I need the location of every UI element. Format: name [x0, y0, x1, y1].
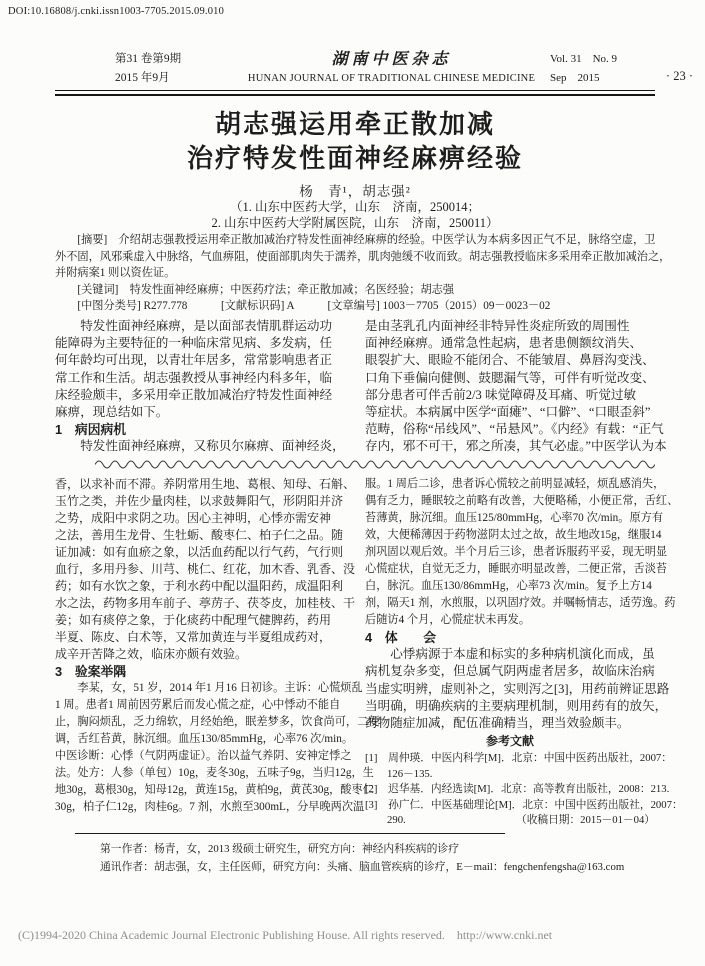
journal-name-cn: 湖南中医杂志	[233, 50, 550, 69]
text-line: 等症状。本病属中医学“面瘫”、“口僻”、“口眼歪斜”	[365, 404, 655, 421]
right-column-top: 是由茎乳孔内面神经非特异性炎症所致的周围性面神经麻痹。通常急性起病，患者患侧额纹…	[365, 318, 655, 456]
text-line: 面神经麻痹。通常急性起病，患者患侧额纹消失、	[365, 335, 655, 352]
footnote-separator-rule	[75, 833, 505, 834]
text-line: 290.（收稿日期：2015－01－04）	[365, 813, 655, 829]
affiliation-line1: （1. 山东中医药大学，山东 济南，250014；	[55, 199, 655, 215]
text-line: 床经验颇丰，多采用牵正散加减治疗特发性面神经	[55, 387, 345, 404]
doi-text: DOI:10.16808/j.cnki.issn1003-7705.2015.0…	[8, 6, 224, 17]
volume-number-en: Vol. 31 No. 9	[550, 50, 655, 69]
text-line: 心悸病源于本虚和标实的多种病机演化而成，虽	[365, 646, 655, 663]
text-line: 中医诊断：心悸（气阴两虚证）。治以益气养阴、安神定悸之	[55, 748, 345, 765]
text-line: 存内，邪不可干，邪之所凑，其气必虚。”中医学认为本	[365, 438, 655, 455]
text-line: [关键词] 特发性面神经麻痹；中医药疗法；牵正散加减；名医经验；胡志强	[55, 282, 655, 299]
issue-number-cn: 第31 卷第9期	[115, 50, 233, 69]
text-line: 眼裂扩大、眼睑不能闭合、不能皱眉、鼻唇沟变浅、	[365, 352, 655, 369]
text-line: 病机复杂多变，但总属气阴两虚者居多，故临床治病	[365, 663, 655, 680]
journal-header-left: 第31 卷第9期 2015 年9月	[115, 50, 233, 88]
body-columns-bottom: 香，以求补而不滞。养阴常用生地、葛根、知母、石斛、玉竹之类，并佐少量肉桂，以求鼓…	[55, 476, 655, 829]
journal-header-center: 湖南中医杂志 HUNAN JOURNAL OF TRADITIONAL CHIN…	[233, 50, 550, 88]
text-line: 后随访4 个月，心慌症状未再发。	[365, 612, 655, 629]
abstract-block: [摘要] 介绍胡志强教授运用牵正散加减治疗特发性面神经麻痹的经验。中医学认为本病…	[55, 232, 655, 315]
text-line: 是由茎乳孔内面神经非特异性炎症所致的周围性	[365, 318, 655, 335]
issue-date-cn: 2015 年9月	[115, 69, 233, 88]
text-line: 李某，女，51 岁，2014 年1 月16 日初诊。主诉：心慌烦乱	[55, 680, 345, 697]
text-line: 范畴，俗称“吊线风”、“吊悬风”。《内经》有载：“正气	[365, 421, 655, 438]
text-line: 特发性面神经麻痹，又称贝尔麻痹、面神经炎，	[55, 438, 345, 455]
text-line: 香，以求补而不滞。养阴常用生地、葛根、知母、石斛、	[55, 476, 345, 493]
text-line: 效，大便稀薄因于药物滋阴太过之故，故生地改15g，继服14	[365, 527, 655, 544]
text-line: [中图分类号] R277.778 [文献标识码] A [文章编号] 1003－7…	[55, 298, 655, 315]
text-line: 药；如有水饮之象，于利水药中配以温阳药，成温阳利	[55, 578, 345, 595]
text-line: 3 验案举隅	[55, 663, 345, 680]
text-line: 偶有乏力，睡眠较之前略有改善，大便略稀，小便正常，舌红、	[365, 493, 655, 510]
text-line: 当虚实明辨，虚则补之，实则泻之[3]，用药前辨证思路	[365, 681, 655, 698]
wavy-divider	[95, 459, 655, 470]
text-line: 证加减：如有血瘀之象，以活血药配以行气药，气行则	[55, 544, 345, 561]
text-line: 姜；如有痰停之象，于化痰药中配理气健脾药，药用	[55, 612, 345, 629]
text-line: 止，胸闷烦乱，乏力绵软，月经始绝，眠差梦多，饮食尚可，二便	[55, 714, 345, 731]
article-title-line1: 胡志强运用牵正散加减	[55, 108, 655, 142]
text-line: 玉竹之类，并佐少量肉桂，以求鼓舞阳气，形阴阳并济	[55, 493, 345, 510]
affiliation-line2: 2. 山东中医药大学附属医院，山东 济南，250011）	[55, 215, 655, 231]
text-line: 之法，善用生龙骨、生牡蛎、酸枣仁、柏子仁之品。随	[55, 527, 345, 544]
issue-date-en: Sep 2015	[550, 69, 655, 88]
text-line: 何年龄均可出现，以青壮年居多，常常影响患者正	[55, 352, 345, 369]
text-line: 4 体 会	[365, 629, 655, 646]
text-line: 当明确，明确疾病的主要病理机制，则用药有的放矢，	[365, 698, 655, 715]
text-line: 剂巩固以观后效。半个月后三诊，患者诉服药平妥，现无明显	[365, 544, 655, 561]
journal-header-right: Vol. 31 No. 9 Sep 2015	[550, 50, 655, 88]
journal-name-en: HUNAN JOURNAL OF TRADITIONAL CHINESE MED…	[233, 69, 550, 88]
text-line: 药物随症加减，配伍准确精当，理当效验颇丰。	[365, 715, 655, 732]
article-title-line2: 治疗特发性面神经麻痹经验	[55, 142, 655, 176]
scanned-paper-page: DOI:10.16808/j.cnki.issn1003-7705.2015.0…	[0, 0, 705, 966]
text-line: 血行，多用丹参、川芎、桃仁、红花，加木香、乳香、没	[55, 561, 345, 578]
text-line: 服。1 周后二诊，患者诉心慌较之前明显减轻，烦乱感消失，	[365, 476, 655, 493]
text-line: [3] 孙广仁．中医基础理论[M]．北京：中国中医药出版社，2007：	[365, 798, 655, 814]
text-line: 能障碍为主要特征的一种临床常见病、多发病，任	[55, 335, 345, 352]
text-line: 地30g，葛根30g，知母12g，黄连15g，黄柏9g，黄芪30g，酸枣仁	[55, 782, 345, 799]
cnki-copyright-footer: (C)1994-2020 China Academic Journal Elec…	[18, 928, 552, 943]
right-column-bottom: 服。1 周后二诊，患者诉心慌较之前明显减轻，烦乱感消失，偶有乏力，睡眠较之前略有…	[365, 476, 655, 829]
text-line: 成辛开苦降之效，临床亦颇有效验。	[55, 646, 345, 663]
received-date: （收稿日期：2015－01－04）	[516, 813, 655, 829]
text-line: 法。处方：人参（单包）10g，麦冬30g，五味子9g，当归12g，生	[55, 765, 345, 782]
text-line: 1 病因病机	[55, 421, 345, 438]
first-author-note: 第一作者：杨青，女，2013 级硕士研究生，研究方向：神经内科疾病的诊疗	[100, 841, 660, 859]
text-line: 外不固，风邪乘虚入中脉络，气血痹阻，使面部肌肉失于濡养，肌肉弛缓不收而致。胡志强…	[55, 249, 655, 266]
text-line: 麻痹，现总结如下。	[55, 404, 345, 421]
article-title: 胡志强运用牵正散加减 治疗特发性面神经麻痹经验	[55, 108, 655, 176]
text-line: 苔薄黄，脉沉细。血压125/80mmHg，心率70 次/min。原方有	[365, 510, 655, 527]
text-line: 126－135.	[365, 767, 655, 783]
text-line: 1 周。患者1 周前因劳累后而发心慌之症，心中悸动不能自	[55, 697, 345, 714]
text-line: 之势，成阳中求阴之功。因心主神明，心悸亦需安神	[55, 510, 345, 527]
text-line: 特发性面神经麻痹，是以面部表情肌群运动功	[55, 318, 345, 335]
text-line: [摘要] 介绍胡志强教授运用牵正散加减治疗特发性面神经麻痹的经验。中医学认为本病…	[55, 232, 655, 249]
left-column-bottom: 香，以求补而不滞。养阴常用生地、葛根、知母、石斛、玉竹之类，并佐少量肉桂，以求鼓…	[55, 476, 345, 829]
corresponding-author-note: 通讯作者：胡志强，女，主任医师，研究方向：头痛、脑血管疾病的诊疗，E－mail：…	[100, 859, 660, 877]
header-double-rule	[55, 90, 655, 96]
text-line: 口角下垂偏向健侧、鼓腮漏气等，可伴有听觉改变、	[365, 370, 655, 387]
text-line: [2] 迟华基．内经选读[M]．北京：高等教育出版社，2008：213.	[365, 782, 655, 798]
journal-header: 第31 卷第9期 2015 年9月 湖南中医杂志 HUNAN JOURNAL O…	[55, 50, 655, 88]
text-line: 白，脉沉。血压130/86mmHg，心率73 次/min。复予上方14	[365, 578, 655, 595]
author-names: 杨 青¹，胡志强²	[55, 180, 655, 200]
text-line: 心慌症状，自觉无乏力，睡眠亦明显改善，二便正常，舌淡苔	[365, 561, 655, 578]
text-line: 30g，柏子仁12g，肉桂6g。7 剂，水煎至300mL，分早晚两次温	[55, 799, 345, 816]
text-line: 水之法，药物多用车前子、葶苈子、茯苓皮，加桂枝、干	[55, 595, 345, 612]
author-footnotes: 第一作者：杨青，女，2013 级硕士研究生，研究方向：神经内科疾病的诊疗 通讯作…	[100, 841, 660, 876]
left-column-top: 特发性面神经麻痹，是以面部表情肌群运动功能障碍为主要特征的一种临床常见病、多发病…	[55, 318, 345, 456]
page-number: · 23 ·	[666, 69, 693, 84]
text-line: 290.	[387, 813, 406, 829]
text-line: 常工作和生活。胡志强教授从事神经内科多年，临	[55, 370, 345, 387]
text-line: 半夏、陈皮、白术等，又常加黄连与半夏组成药对，	[55, 629, 345, 646]
text-line: [1] 周仲瑛．中医内科学[M]．北京：中国中医药出版社，2007：	[365, 751, 655, 767]
body-columns-top: 特发性面神经麻痹，是以面部表情肌群运动功能障碍为主要特征的一种临床常见病、多发病…	[55, 318, 655, 456]
text-line: 剂，隔天1 剂，水煎服，以巩固疗效。并嘱畅情志，适劳逸。药	[365, 595, 655, 612]
affiliations: （1. 山东中医药大学，山东 济南，250014； 2. 山东中医药大学附属医院…	[55, 199, 655, 231]
text-line: 调，舌红苔黄，脉沉细。血压130/85mmHg，心率76 次/min。	[55, 731, 345, 748]
text-line: 并附病案1 则以资佐证。	[55, 265, 655, 282]
text-line: 部分患者可伴舌前2/3 味觉障碍及耳痛、听觉过敏	[365, 387, 655, 404]
text-line: 参考文献	[365, 732, 655, 751]
